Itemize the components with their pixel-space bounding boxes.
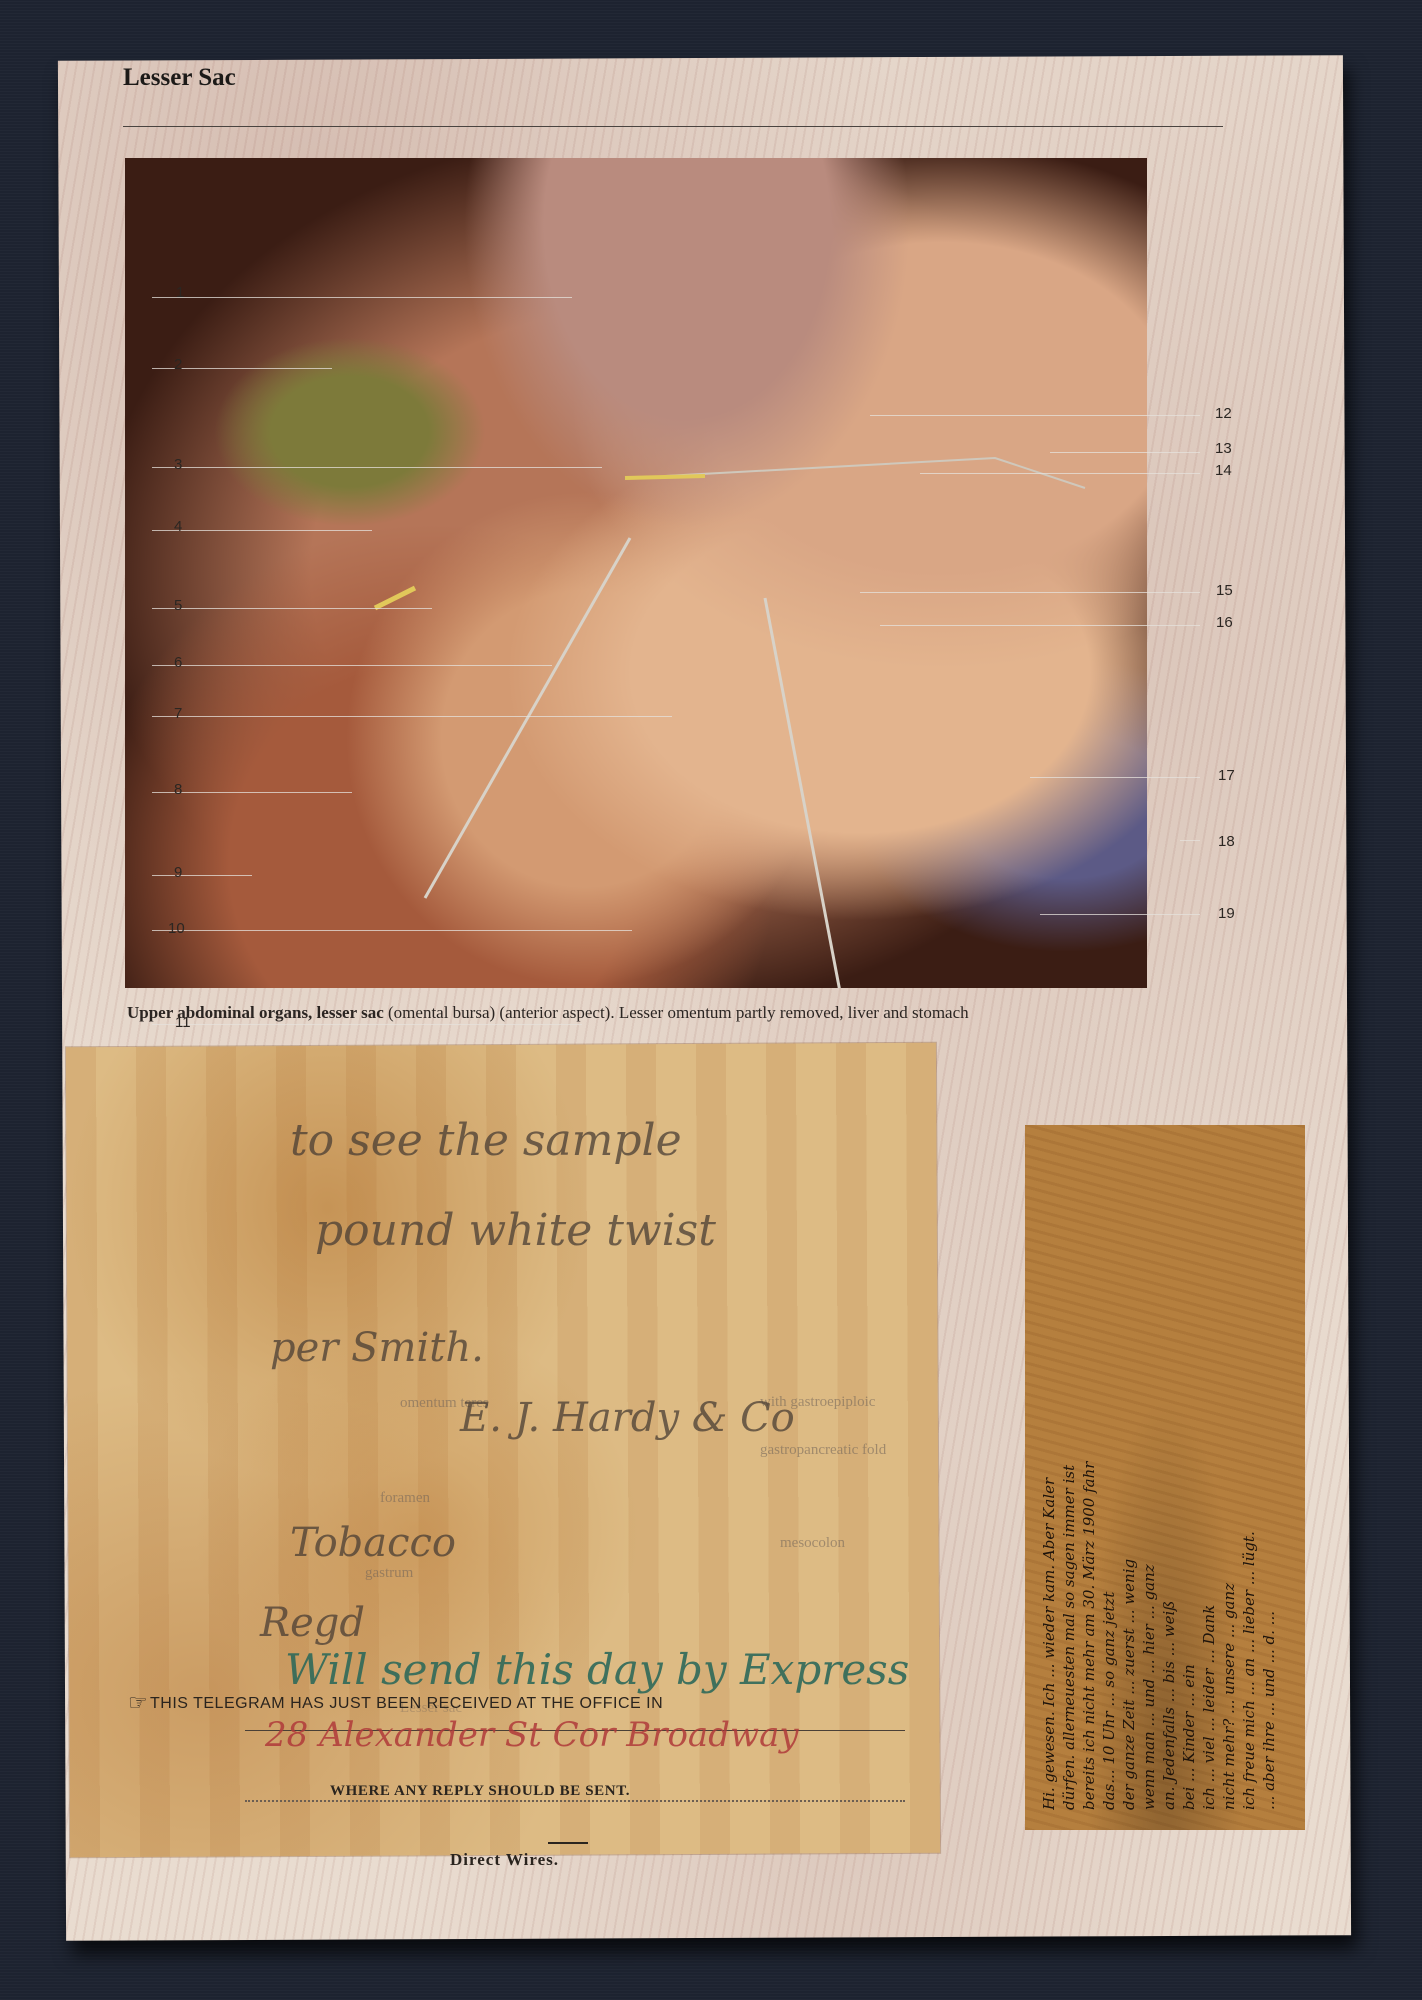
leader-line <box>1040 914 1200 915</box>
letter-line: Hi. gewesen. Ich ... wieder kam. Aber Ka… <box>1039 1145 1059 1810</box>
leader-line <box>920 473 1200 474</box>
letter-line: der ganze Zeit ... zuerst ... wenig <box>1119 1145 1139 1810</box>
handwritten-line: to see the sample <box>290 1115 682 1166</box>
leader-line <box>860 592 1200 593</box>
letter-line: ich freue mich ... an ... lieber ... lüg… <box>1239 1145 1259 1810</box>
leader-line <box>152 467 602 468</box>
pointing-hand-icon: ☞ <box>128 1690 148 1716</box>
label-number: 9 <box>174 864 182 881</box>
leader-line <box>880 625 1200 626</box>
leader-line <box>870 415 1200 416</box>
leader-line <box>1030 777 1200 778</box>
handwritten-line: Tobacco <box>290 1520 456 1566</box>
label-number: 10 <box>168 920 185 937</box>
label-number: 7 <box>174 705 182 722</box>
label-number: 1 <box>176 284 184 301</box>
leader-line <box>152 608 432 609</box>
label-number: 8 <box>174 781 182 798</box>
leader-line <box>1180 840 1200 841</box>
handwritten-line: Regd <box>260 1600 365 1646</box>
telegram-notice: THIS TELEGRAM HAS JUST BEEN RECEIVED AT … <box>150 1695 663 1713</box>
letter-line: das... 10 Uhr ... so ganz jetzt <box>1099 1145 1119 1810</box>
label-number: 12 <box>1215 405 1232 422</box>
telegram-footer: Direct Wires. <box>450 1850 559 1870</box>
page-title: Lesser Sac <box>123 64 236 92</box>
label-number: 19 <box>1218 905 1235 922</box>
handwritten-line: Will send this day by Express <box>285 1645 909 1694</box>
label-number: 5 <box>174 597 182 614</box>
handwritten-line: per Smith. <box>270 1325 484 1371</box>
title-divider <box>123 126 1223 127</box>
letter-line: bei ... Kinder ... ein <box>1179 1145 1199 1810</box>
short-rule <box>548 1842 588 1844</box>
anatomy-photo <box>125 158 1147 988</box>
label-number: 17 <box>1218 767 1235 784</box>
letter-line: dürfen. allerneuesten mal so sagen immer… <box>1059 1145 1079 1810</box>
label-number: 16 <box>1216 614 1233 631</box>
leader-line <box>152 875 252 876</box>
figure-caption: Upper abdominal organs, lesser sac (omen… <box>127 1003 1237 1023</box>
label-number: 2 <box>174 356 182 373</box>
telegram-dotted-line <box>245 1800 905 1802</box>
label-number: 3 <box>174 456 182 473</box>
label-number: 6 <box>174 654 182 671</box>
handwritten-letter: Hi. gewesen. Ich ... wieder kam. Aber Ka… <box>1025 1125 1305 1830</box>
leader-line <box>1050 452 1200 453</box>
letter-line: ... aber ihre ... und ... d. ... <box>1259 1145 1279 1810</box>
surgical-wire-icon <box>125 158 1147 988</box>
letter-line: an. Jedenfalls ... bis ... weiß <box>1159 1145 1179 1810</box>
label-number: 18 <box>1218 833 1235 850</box>
leader-line <box>152 297 572 298</box>
ghost-legend-text: mesocolon <box>780 1535 845 1552</box>
leader-line <box>152 716 672 717</box>
caption-bold: Upper abdominal organs, lesser sac <box>127 1003 384 1022</box>
label-number: 13 <box>1215 440 1232 457</box>
label-number: 4 <box>174 518 182 535</box>
leader-line <box>152 530 372 531</box>
ghost-legend-text: foramen <box>380 1490 430 1507</box>
leader-line <box>152 930 632 931</box>
caption-text: (omental bursa) (anterior aspect). Lesse… <box>384 1003 969 1022</box>
leader-line <box>152 665 552 666</box>
telegram-reply-notice: WHERE ANY REPLY SHOULD BE SENT. <box>330 1783 630 1800</box>
letter-line: ich ... viel ... leider ... Dank <box>1199 1145 1219 1810</box>
label-number: 14 <box>1215 462 1232 479</box>
ghost-legend-text: gastropancreatic fold <box>760 1442 886 1459</box>
handwritten-line: pound white twist <box>315 1205 716 1256</box>
office-address: 28 Alexander St Cor Broadway <box>265 1715 799 1755</box>
label-number: 15 <box>1216 582 1233 599</box>
letter-text: Hi. gewesen. Ich ... wieder kam. Aber Ka… <box>1025 1125 1305 1830</box>
ghost-legend-text: gastrum <box>365 1565 413 1582</box>
letter-line: nicht mehr? ... unsere ... ganz <box>1219 1145 1239 1810</box>
letter-line: wenn man ... und ... hier ... ganz <box>1139 1145 1159 1810</box>
handwritten-line: E. J. Hardy & Co <box>460 1395 795 1441</box>
letter-line: bereits ich nicht mehr am 30. März 1900 … <box>1079 1145 1099 1810</box>
leader-line <box>152 1024 582 1025</box>
